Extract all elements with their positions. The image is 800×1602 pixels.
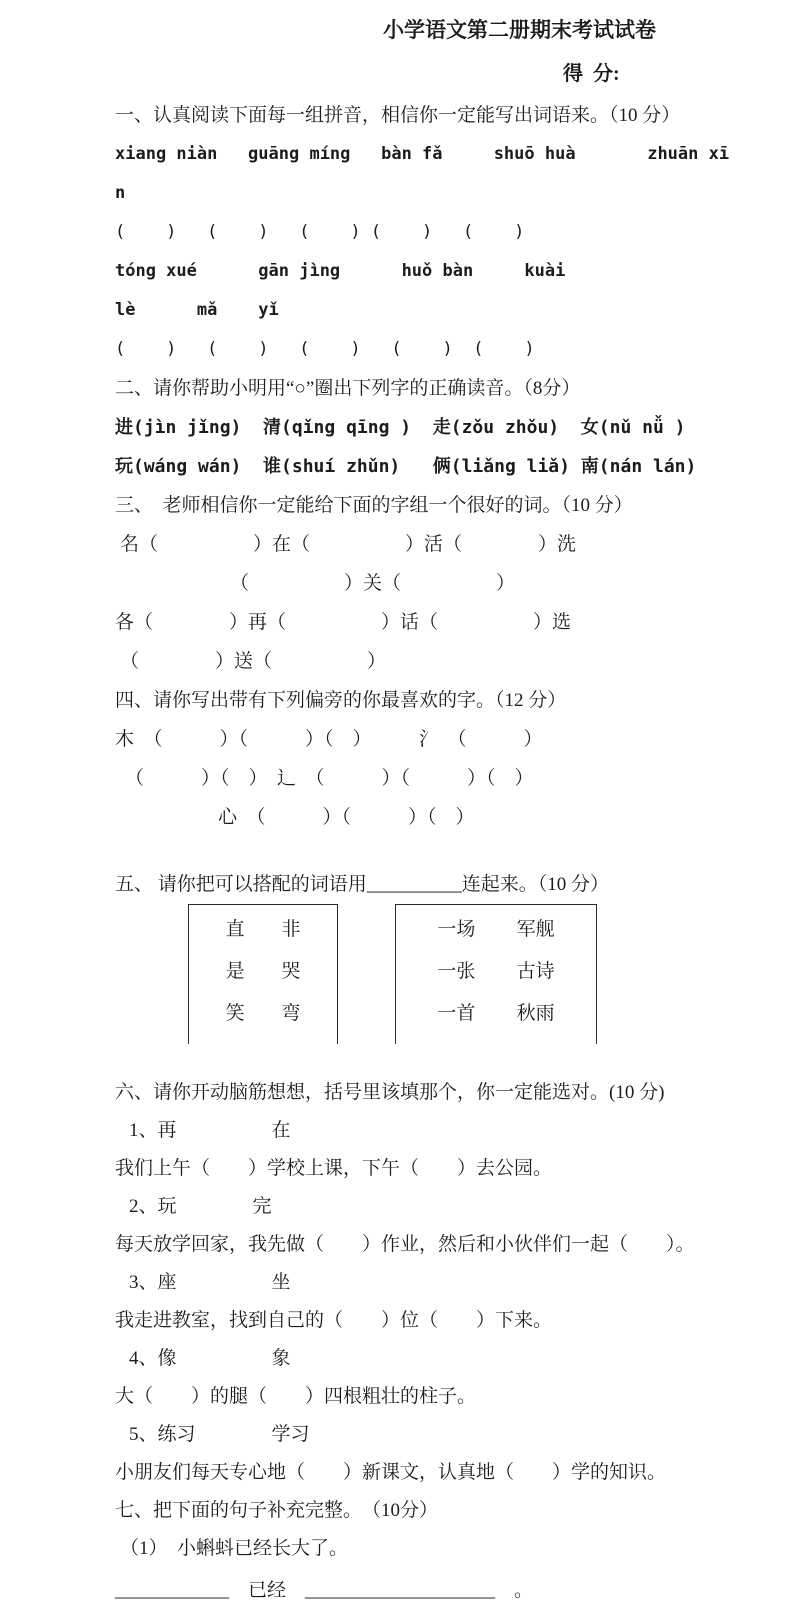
fill-sentence-1: 我们上午（ ）学校上课，下午（ ）去公园。 bbox=[115, 1150, 772, 1188]
pronunciation-row-1: 进(jìn jǐng) 清(qǐng qīng ) 走(zǒu zhǒu) 女(… bbox=[115, 408, 772, 447]
match-box-right-col-1: 一场 一张 一首 bbox=[437, 909, 475, 1044]
match-word: 一张 bbox=[437, 951, 475, 993]
match-word: 秋雨 bbox=[517, 993, 555, 1035]
word-fill-row-3: 各（ ）再（ ）话（ ）选 bbox=[115, 603, 772, 642]
choice-pair-5: 5、练习 学习 bbox=[129, 1416, 772, 1454]
fill-sentence-5: 小朋友们每天专心地（ ）新课文，认真地（ ）学的知识。 bbox=[115, 1454, 772, 1492]
choice-pair-1: 1、再 在 bbox=[129, 1112, 772, 1150]
match-box-left-col-2: 非 哭 弯 bbox=[281, 909, 300, 1044]
choice-pair-2: 2、玩 完 bbox=[129, 1188, 772, 1226]
match-word: 直 bbox=[226, 909, 245, 951]
pinyin-row-2-wrap: lè mǎ yǐ bbox=[115, 291, 772, 330]
section-4-heading: 四、请你写出带有下列偏旁的你最喜欢的字。（12 分） bbox=[115, 681, 772, 720]
section-2-heading: 二、请你帮助小明用“○”圈出下列字的正确读音。（8分） bbox=[115, 369, 772, 408]
section-7-heading: 七、把下面的句子补充完整。 （10分） bbox=[115, 1492, 772, 1530]
word-fill-row-1: 名（ ）在（ ）活（ ）洗 bbox=[120, 525, 772, 564]
pinyin-row-1-wrap: n bbox=[115, 174, 772, 213]
pinyin-row-1: xiang niàn guāng míng bàn fǎ shuō huà zh… bbox=[115, 135, 772, 174]
match-box-left: 直 是 笑 非 哭 弯 bbox=[188, 904, 338, 1044]
match-word: 一首 bbox=[437, 993, 475, 1035]
match-box-left-col-1: 直 是 笑 bbox=[226, 909, 245, 1044]
fill-sentence-4: 大（ ）的腿（ ）四根粗壮的柱子。 bbox=[115, 1378, 772, 1416]
pronunciation-row-2: 玩(wáng wán) 谁(shuí zhǔn) 俩(liǎng liǎ) 南(… bbox=[115, 447, 772, 486]
section-5-heading: 五、 请你把可以搭配的词语用__________连起来。（10 分） bbox=[115, 865, 772, 904]
choice-pair-4: 4、像 象 bbox=[129, 1340, 772, 1378]
answer-blanks-row-2: ( ) ( ) ( ) ( ) ( ) bbox=[115, 330, 772, 369]
radical-row-1: 木 （ ）（ ）（ ） 氵 （ ） bbox=[115, 720, 772, 759]
match-word: 军舰 bbox=[517, 909, 555, 951]
match-word: 一场 bbox=[437, 909, 475, 951]
section-3-heading: 三、 老师相信你一定能给下面的字组一个很好的词。（10 分） bbox=[115, 486, 772, 525]
match-word: 哭 bbox=[281, 951, 300, 993]
radical-row-3: 心 （ ）（ ）（ ） bbox=[218, 798, 772, 837]
pinyin-row-2: tóng xué gān jìng huǒ bàn kuài bbox=[115, 252, 772, 291]
match-box-right: 一场 一张 一首 军舰 古诗 秋雨 bbox=[395, 904, 597, 1044]
score-label: 得 分: bbox=[563, 52, 772, 96]
word-fill-row-2: （ ）关（ ） bbox=[230, 564, 772, 603]
choice-pair-3: 3、座 坐 bbox=[129, 1264, 772, 1302]
answer-blanks-row-1: ( ) ( ) ( ) ( ) ( ) bbox=[115, 213, 772, 252]
match-word: 笑 bbox=[226, 993, 245, 1035]
match-box-right-col-2: 军舰 古诗 秋雨 bbox=[517, 909, 555, 1044]
match-word: 非 bbox=[281, 909, 300, 951]
fill-sentence-2: 每天放学回家，我先做（ ）作业，然后和小伙伴们一起（ ）。 bbox=[115, 1226, 772, 1264]
exam-paper: 小学语文第二册期末考试试卷 得 分: 一、认真阅读下面每一组拼音，相信你一定能写… bbox=[0, 0, 800, 1602]
fill-sentence-3: 我走进教室，找到自己的（ ）位（ ）下来。 bbox=[115, 1302, 772, 1340]
matching-boxes: 直 是 笑 非 哭 弯 一场 一张 一首 军舰 古诗 秋雨 bbox=[188, 904, 772, 1044]
match-word: 是 bbox=[226, 951, 245, 993]
section-1-heading: 一、认真阅读下面每一组拼音，相信你一定能写出词语来。（10 分） bbox=[115, 96, 772, 135]
match-word: 古诗 bbox=[517, 951, 555, 993]
example-sentence: （1） 小蝌蚪已经长大了。 bbox=[120, 1530, 772, 1568]
radical-row-2: （ ）（ ） 辶 （ ）（ ）（ ） bbox=[125, 759, 772, 798]
match-word: 弯 bbox=[281, 993, 300, 1035]
section-6-heading: 六、请你开动脑筋想想，括号里该填那个，你一定能选对。(10 分) bbox=[115, 1074, 772, 1112]
word-fill-row-4: （ ）送（ ） bbox=[120, 642, 772, 681]
paper-title: 小学语文第二册期末考试试卷 bbox=[383, 8, 772, 52]
completion-blanks: ____________ 已经 ____________________ 。 bbox=[115, 1572, 772, 1602]
